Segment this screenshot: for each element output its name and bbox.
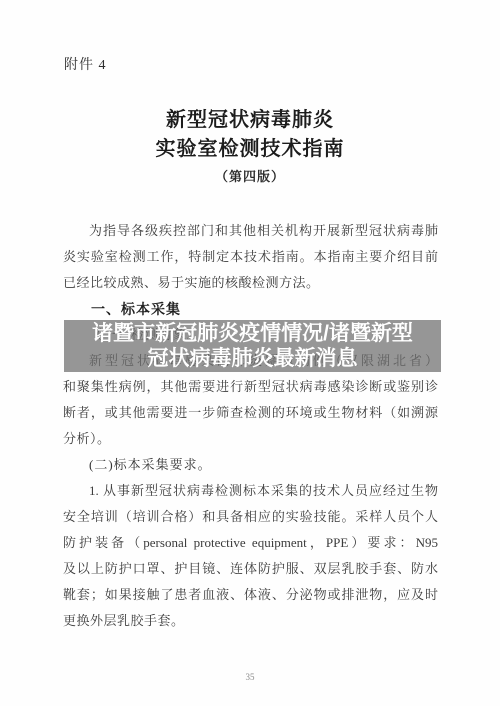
document-line: 更换外层乳胶手套。 (63, 608, 438, 634)
document-body: 为指导各级疾控部门和其他相关机构开展新型冠状病毒肺炎实验室检测工作，特制定本技术… (63, 218, 438, 634)
document-line: 及以上防护口罩、护目镜、连体防护服、双层乳胶手套、防水 (63, 556, 438, 582)
document-line: 已经比较成熟、易于实施的核酸检测方法。 (63, 270, 438, 296)
document-line: 一、标本采集 (63, 296, 438, 322)
document-title-line-1: 新型冠状病毒肺炎 (0, 106, 500, 135)
document-page: 附件 4 新型冠状病毒肺炎 实验室检测技术指南 （第四版） 为指导各级疾控部门和… (0, 0, 500, 706)
document-title-line-2: 实验室检测技术指南 (0, 135, 500, 164)
edition-label: （第四版） (0, 166, 500, 185)
document-line: 靴套；如果接触了患者血液、体液、分泌物或排泄物，应及时 (63, 582, 438, 608)
watermark-banner[interactable]: 诸暨市新冠肺炎疫情情况/诸暨新型 冠状病毒肺炎最新消息 (64, 320, 441, 372)
document-line: 安全培训（培训合格）和具备相应的实验技能。采样人员个人 (63, 504, 438, 530)
document-line: 为指导各级疾控部门和其他相关机构开展新型冠状病毒肺 (63, 218, 438, 244)
page-number: 35 (0, 672, 500, 682)
document-line: 断者，或其他需要进一步筛查检测的环境或生物材料（如溯源 (63, 400, 438, 426)
attachment-label: 附件 4 (64, 54, 107, 74)
document-line: 1. 从事新型冠状病毒检测标本采集的技术人员应经过生物 (63, 478, 438, 504)
document-line: 炎实验室检测工作，特制定本技术指南。本指南主要介绍目前 (63, 244, 438, 270)
watermark-line-2: 冠状病毒肺炎最新消息 (64, 346, 441, 371)
document-title: 新型冠状病毒肺炎 实验室检测技术指南 (0, 106, 500, 164)
document-line: 和聚集性病例，其他需要进行新型冠状病毒感染诊断或鉴别诊 (63, 374, 438, 400)
watermark-line-1: 诸暨市新冠肺炎疫情情况/诸暨新型 (64, 321, 441, 346)
document-line: 防护装备（personal protective equipment，PPE）要… (63, 530, 438, 556)
document-line: (二)标本采集要求。 (63, 452, 438, 478)
document-line: 分析）。 (63, 426, 438, 452)
